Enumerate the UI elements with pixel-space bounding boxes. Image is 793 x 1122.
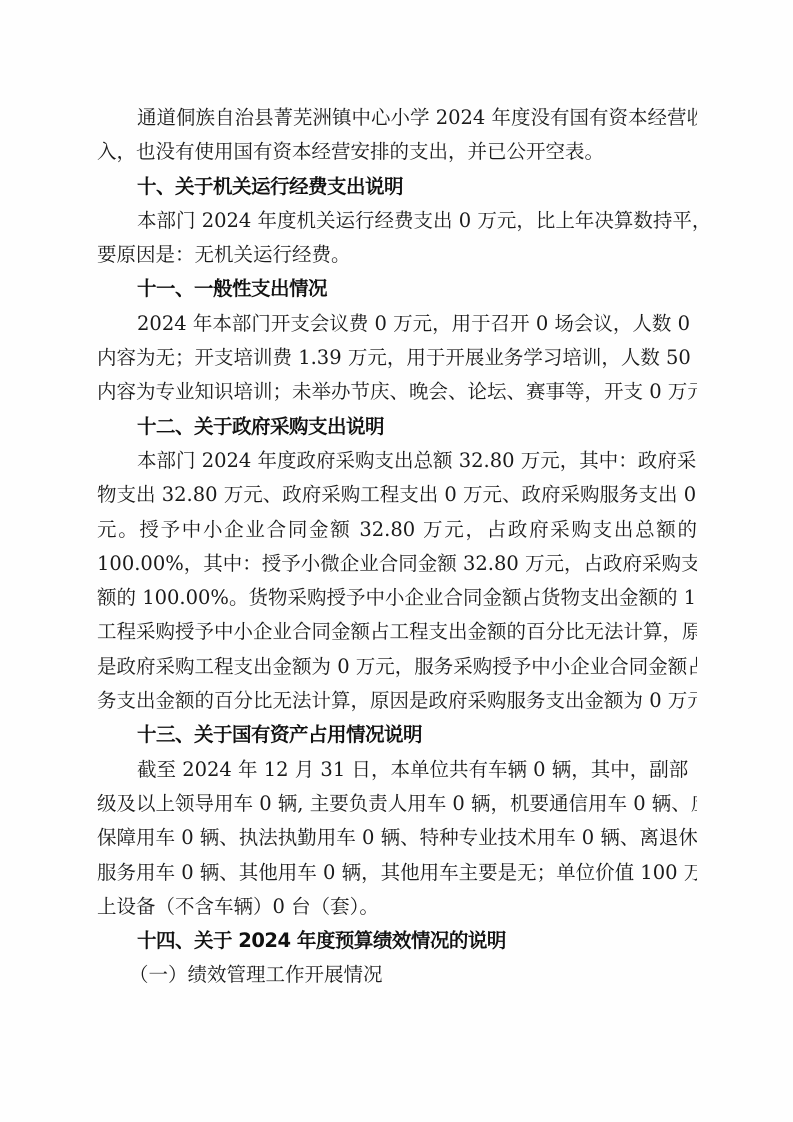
paragraph-state-assets: 截至 2024 年 12 月 31 日，本单位共有车辆 0 辆，其中，副部（省）…	[97, 753, 697, 924]
text-line: 上设备（不含车辆）0 台（套）。	[97, 890, 697, 924]
text-line: 本部门 2024 年度政府采购支出总额 32.80 万元，其中：政府采购货	[97, 444, 697, 478]
section-heading-14: 十四、关于 2024 年度预算绩效情况的说明	[97, 924, 697, 958]
document-body: 通道侗族自治县菁芜洲镇中心小学 2024 年度没有国有资本经营收 入，也没有使用…	[97, 101, 697, 993]
text-line: 100.00%，其中：授予小微企业合同金额 32.80 万元，占政府采购支出总	[97, 547, 697, 581]
text-line: 物支出 32.80 万元、政府采购工程支出 0 万元、政府采购服务支出 0 万	[97, 478, 697, 512]
text-line: 工程采购授予中小企业合同金额占工程支出金额的百分比无法计算，原因	[97, 615, 697, 649]
text-line: 通道侗族自治县菁芜洲镇中心小学 2024 年度没有国有资本经营收	[97, 101, 697, 135]
paragraph-state-capital: 通道侗族自治县菁芜洲镇中心小学 2024 年度没有国有资本经营收 入，也没有使用…	[97, 101, 697, 170]
text-line: 截至 2024 年 12 月 31 日，本单位共有车辆 0 辆，其中，副部（省）	[97, 753, 697, 787]
text-line: 保障用车 0 辆、执法执勤用车 0 辆、特种专业技术用车 0 辆、离退休干部	[97, 821, 697, 855]
text-line: 2024 年本部门开支会议费 0 万元，用于召开 0 场会议，人数 0 人，	[97, 307, 697, 341]
section-heading-12: 十二、关于政府采购支出说明	[97, 410, 697, 444]
text-line: 本部门 2024 年度机关运行经费支出 0 万元，比上年决算数持平，主	[97, 204, 697, 238]
text-line: 要原因是：无机关运行经费。	[97, 238, 697, 272]
section-heading-13: 十三、关于国有资产占用情况说明	[97, 718, 697, 752]
text-line: 元。授予中小企业合同金额 32.80 万元，占政府采购支出总额的	[97, 513, 697, 547]
text-line: 入，也没有使用国有资本经营安排的支出，并已公开空表。	[97, 135, 697, 169]
text-line: 内容为无；开支培训费 1.39 万元，用于开展业务学习培训，人数 50 人，	[97, 341, 697, 375]
subsection-heading-1: （一）绩效管理工作开展情况	[97, 958, 697, 992]
text-line: 务支出金额的百分比无法计算，原因是政府采购服务支出金额为 0 万元。	[97, 684, 697, 718]
paragraph-general-expenses: 2024 年本部门开支会议费 0 万元，用于召开 0 场会议，人数 0 人， 内…	[97, 307, 697, 410]
text-line: 级及以上领导用车 0 辆, 主要负责人用车 0 辆，机要通信用车 0 辆、应急	[97, 787, 697, 821]
text-line: 内容为专业知识培训；未举办节庆、晚会、论坛、赛事等，开支 0 万元。	[97, 375, 697, 409]
section-heading-11: 十一、一般性支出情况	[97, 272, 697, 306]
paragraph-procurement: 本部门 2024 年度政府采购支出总额 32.80 万元，其中：政府采购货 物支…	[97, 444, 697, 718]
document-page: 通道侗族自治县菁芜洲镇中心小学 2024 年度没有国有资本经营收 入，也没有使用…	[0, 0, 793, 1122]
text-line: 服务用车 0 辆、其他用车 0 辆，其他用车主要是无；单位价值 100 万元以	[97, 856, 697, 890]
text-line: 额的 100.00%。货物采购授予中小企业合同金额占货物支出金额的 100%，	[97, 581, 697, 615]
paragraph-operating-expenses: 本部门 2024 年度机关运行经费支出 0 万元，比上年决算数持平，主 要原因是…	[97, 204, 697, 273]
section-heading-10: 十、关于机关运行经费支出说明	[97, 170, 697, 204]
text-line: 是政府采购工程支出金额为 0 万元，服务采购授予中小企业合同金额占服	[97, 650, 697, 684]
